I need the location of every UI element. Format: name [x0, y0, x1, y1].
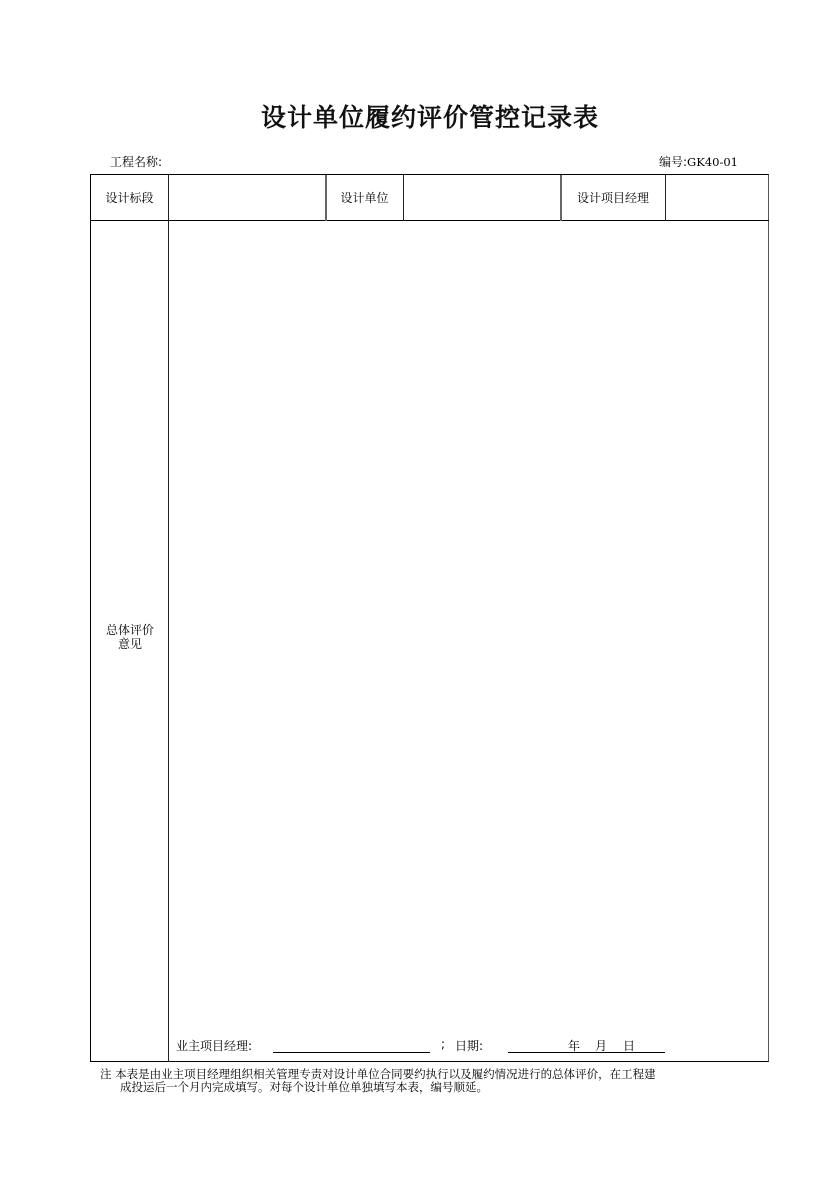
design-pm-input[interactable]	[666, 175, 769, 220]
document-title: 设计单位履约评价管控记录表	[0, 98, 838, 134]
owner-pm-label: 业主项目经理:	[176, 1037, 252, 1054]
footnote-line1: 本表是由业主项目经理组织相关管理专责对设计单位合同要约执行以及履约情况进行的总体…	[115, 1067, 656, 1081]
footnote-line2: 成投运后一个月内完成填写。对每个设计单位单独填写本表，编号顺延。	[100, 1081, 780, 1094]
code-label: 编号:	[659, 155, 687, 169]
owner-pm-signature-line	[273, 1052, 430, 1053]
overall-evaluation-label-line2: 意见	[91, 637, 169, 651]
date-day-label[interactable]: 日	[623, 1037, 635, 1054]
footnote-prefix: 注	[100, 1067, 112, 1081]
project-name-label: 工程名称:	[110, 155, 162, 169]
design-section-input[interactable]	[169, 175, 325, 220]
date-year-label[interactable]: 年	[568, 1037, 580, 1054]
date-month-label[interactable]: 月	[595, 1037, 607, 1054]
code-value: GK40-01	[687, 155, 738, 169]
date-label: 日期:	[455, 1037, 483, 1054]
overall-evaluation-input[interactable]	[169, 221, 769, 1021]
design-pm-label: 设计项目经理	[561, 175, 665, 220]
overall-evaluation-label-line1: 总体评价	[91, 623, 169, 637]
evaluation-table: 设计标段 设计单位 设计项目经理 总体评价 意见 业主项目经理: ; 日期: 年…	[90, 174, 769, 1062]
design-section-label: 设计标段	[91, 175, 168, 220]
document-code: 编号:GK40-01	[659, 153, 738, 170]
design-unit-label: 设计单位	[326, 175, 403, 220]
overall-evaluation-label: 总体评价 意见	[91, 623, 169, 651]
date-line	[508, 1052, 665, 1053]
project-name-field: 工程名称:	[110, 153, 162, 170]
footnote: 注 本表是由业主项目经理组织相关管理专责对设计单位合同要约执行以及履约情况进行的…	[100, 1068, 780, 1094]
signature-separator: ;	[441, 1037, 445, 1051]
design-unit-input[interactable]	[404, 175, 560, 220]
